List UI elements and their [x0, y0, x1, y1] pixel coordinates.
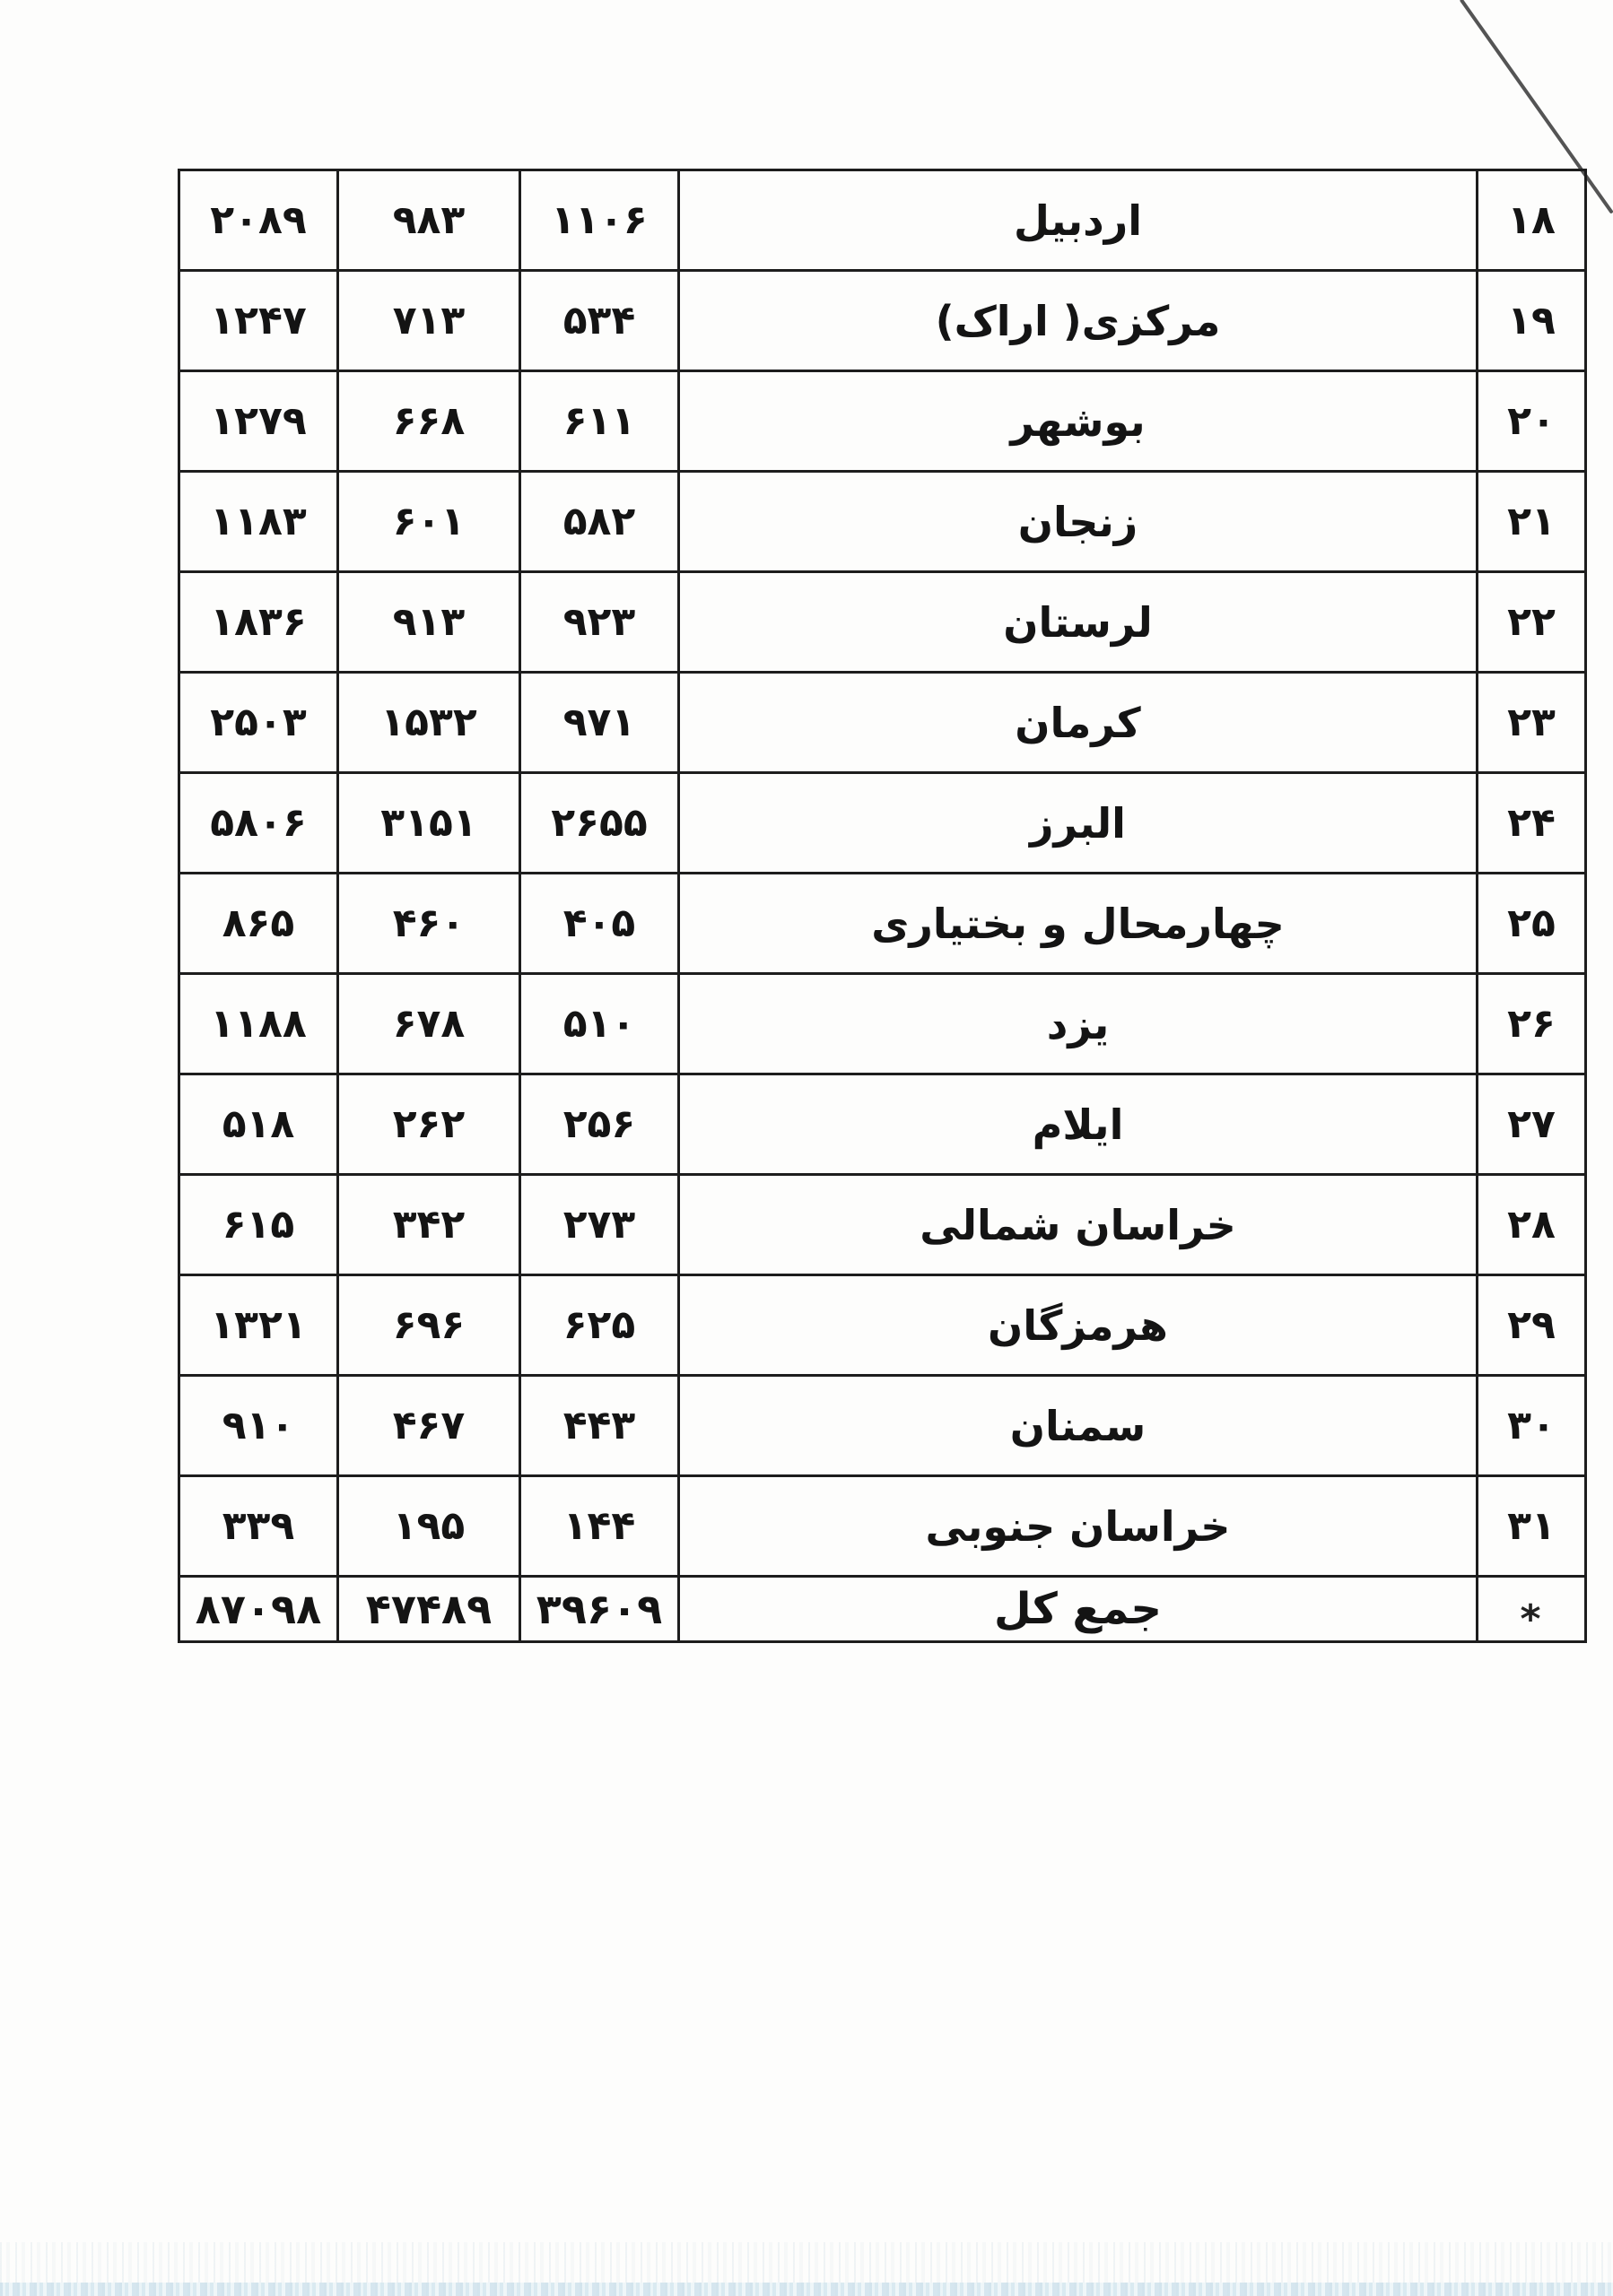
value2-cell: ۴۶۰: [338, 874, 520, 974]
province-name-cell: زنجان: [679, 472, 1478, 572]
value2-cell: ۶۹۶: [338, 1275, 520, 1376]
row-number-cell: ۲۲: [1478, 572, 1586, 673]
row-total-cell: ۵۸۰۶: [179, 773, 338, 874]
table-row: ۳۱ خراسان جنوبی ۱۴۴ ۱۹۵ ۳۳۹: [179, 1476, 1586, 1577]
table-row: ۲۲ لرستان ۹۲۳ ۹۱۳ ۱۸۳۶: [179, 572, 1586, 673]
value1-cell: ۶۱۱: [520, 371, 679, 472]
row-number-cell: ۲۳: [1478, 673, 1586, 773]
value1-cell: ۵۳۴: [520, 271, 679, 371]
value1-cell: ۴۰۵: [520, 874, 679, 974]
table-row: ۲۹ هرمزگان ۶۲۵ ۶۹۶ ۱۳۲۱: [179, 1275, 1586, 1376]
grand-total-sum-cell: ۸۷۰۹۸: [179, 1577, 338, 1642]
row-total-cell: ۹۱۰: [179, 1376, 338, 1476]
row-number-cell: ۳۰: [1478, 1376, 1586, 1476]
value2-cell: ۱۹۵: [338, 1476, 520, 1577]
total-marker-cell: *: [1478, 1577, 1586, 1642]
value2-cell: ۹۸۳: [338, 170, 520, 271]
table-row: ۲۵ چهارمحال و بختیاری ۴۰۵ ۴۶۰ ۸۶۵: [179, 874, 1586, 974]
value2-cell: ۷۱۳: [338, 271, 520, 371]
value1-cell: ۵۸۲: [520, 472, 679, 572]
province-name-cell: هرمزگان: [679, 1275, 1478, 1376]
value1-cell: ۲۵۶: [520, 1074, 679, 1175]
province-name-cell: لرستان: [679, 572, 1478, 673]
scan-edge-artifact-faint: [0, 2242, 1613, 2283]
value2-cell: ۳۴۲: [338, 1175, 520, 1275]
row-total-cell: ۱۱۸۸: [179, 974, 338, 1074]
table-row: ۱۸ اردبیل ۱۱۰۶ ۹۸۳ ۲۰۸۹: [179, 170, 1586, 271]
province-name-cell: خراسان شمالی: [679, 1175, 1478, 1275]
row-number-cell: ۱۹: [1478, 271, 1586, 371]
grand-total-label-cell: جمع کل: [679, 1577, 1478, 1642]
row-number-cell: ۳۱: [1478, 1476, 1586, 1577]
row-number-cell: ۲۴: [1478, 773, 1586, 874]
province-name-cell: بوشهر: [679, 371, 1478, 472]
value1-cell: ۹۲۳: [520, 572, 679, 673]
provinces-statistics-table: ۱۸ اردبیل ۱۱۰۶ ۹۸۳ ۲۰۸۹ ۱۹ مرکزی( اراک) …: [178, 169, 1587, 1643]
grand-total-value1-cell: ۳۹۶۰۹: [520, 1577, 679, 1642]
province-name-cell: یزد: [679, 974, 1478, 1074]
row-total-cell: ۱۸۳۶: [179, 572, 338, 673]
province-name-cell: مرکزی( اراک): [679, 271, 1478, 371]
value1-cell: ۱۴۴: [520, 1476, 679, 1577]
row-total-cell: ۳۳۹: [179, 1476, 338, 1577]
value2-cell: ۶۷۸: [338, 974, 520, 1074]
asterisk-marker: *: [1520, 1596, 1542, 1642]
row-total-cell: ۱۲۴۷: [179, 271, 338, 371]
province-name-cell: چهارمحال و بختیاری: [679, 874, 1478, 974]
table-row: ۲۶ یزد ۵۱۰ ۶۷۸ ۱۱۸۸: [179, 974, 1586, 1074]
row-total-cell: ۱۱۸۳: [179, 472, 338, 572]
row-total-cell: ۲۵۰۳: [179, 673, 338, 773]
row-total-cell: ۱۲۷۹: [179, 371, 338, 472]
value2-cell: ۹۱۳: [338, 572, 520, 673]
value2-cell: ۳۱۵۱: [338, 773, 520, 874]
value2-cell: ۴۶۷: [338, 1376, 520, 1476]
table-row: ۳۰ سمنان ۴۴۳ ۴۶۷ ۹۱۰: [179, 1376, 1586, 1476]
row-number-cell: ۲۹: [1478, 1275, 1586, 1376]
province-name-cell: اردبیل: [679, 170, 1478, 271]
table-row: ۲۷ ایلام ۲۵۶ ۲۶۲ ۵۱۸: [179, 1074, 1586, 1175]
grand-total-value2-cell: ۴۷۴۸۹: [338, 1577, 520, 1642]
value1-cell: ۹۷۱: [520, 673, 679, 773]
value1-cell: ۲۶۵۵: [520, 773, 679, 874]
value2-cell: ۶۶۸: [338, 371, 520, 472]
table-row: ۲۸ خراسان شمالی ۲۷۳ ۳۴۲ ۶۱۵: [179, 1175, 1586, 1275]
province-name-cell: کرمان: [679, 673, 1478, 773]
scan-edge-artifact: [0, 2283, 1613, 2296]
row-number-cell: ۲۵: [1478, 874, 1586, 974]
row-total-cell: ۲۰۸۹: [179, 170, 338, 271]
province-name-cell: سمنان: [679, 1376, 1478, 1476]
table-row: ۱۹ مرکزی( اراک) ۵۳۴ ۷۱۳ ۱۲۴۷: [179, 271, 1586, 371]
row-number-cell: ۱۸: [1478, 170, 1586, 271]
value1-cell: ۵۱۰: [520, 974, 679, 1074]
row-total-cell: ۶۱۵: [179, 1175, 338, 1275]
scanned-document-page: ۱۸ اردبیل ۱۱۰۶ ۹۸۳ ۲۰۸۹ ۱۹ مرکزی( اراک) …: [0, 0, 1613, 2296]
value1-cell: ۶۲۵: [520, 1275, 679, 1376]
province-name-cell: خراسان جنوبی: [679, 1476, 1478, 1577]
value1-cell: ۱۱۰۶: [520, 170, 679, 271]
value2-cell: ۶۰۱: [338, 472, 520, 572]
row-number-cell: ۲۸: [1478, 1175, 1586, 1275]
table-row: ۲۰ بوشهر ۶۱۱ ۶۶۸ ۱۲۷۹: [179, 371, 1586, 472]
value2-cell: ۲۶۲: [338, 1074, 520, 1175]
row-number-cell: ۲۶: [1478, 974, 1586, 1074]
province-name-cell: ایلام: [679, 1074, 1478, 1175]
table-row: ۲۳ کرمان ۹۷۱ ۱۵۳۲ ۲۵۰۳: [179, 673, 1586, 773]
value1-cell: ۴۴۳: [520, 1376, 679, 1476]
table-row: ۲۴ البرز ۲۶۵۵ ۳۱۵۱ ۵۸۰۶: [179, 773, 1586, 874]
row-number-cell: ۲۰: [1478, 371, 1586, 472]
row-total-cell: ۱۳۲۱: [179, 1275, 338, 1376]
row-number-cell: ۲۱: [1478, 472, 1586, 572]
value1-cell: ۲۷۳: [520, 1175, 679, 1275]
table-row: ۲۱ زنجان ۵۸۲ ۶۰۱ ۱۱۸۳: [179, 472, 1586, 572]
province-name-cell: البرز: [679, 773, 1478, 874]
row-total-cell: ۸۶۵: [179, 874, 338, 974]
row-total-cell: ۵۱۸: [179, 1074, 338, 1175]
value2-cell: ۱۵۳۲: [338, 673, 520, 773]
grand-total-row: * جمع کل ۳۹۶۰۹ ۴۷۴۸۹ ۸۷۰۹۸: [179, 1577, 1586, 1642]
row-number-cell: ۲۷: [1478, 1074, 1586, 1175]
